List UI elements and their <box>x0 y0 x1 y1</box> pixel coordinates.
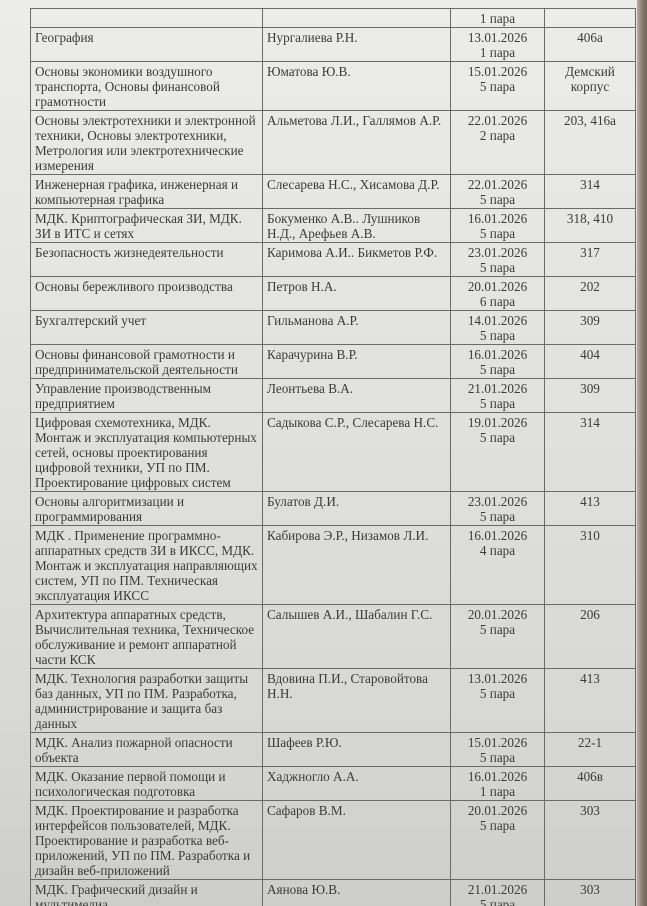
room-cell: Демский корпус <box>545 62 636 111</box>
teacher-cell: Вдовина П.И., Старовойтова Н.Н. <box>263 669 451 733</box>
subject-cell: География <box>31 28 263 62</box>
date-cell: 19.01.20265 пара <box>451 413 545 492</box>
subject-cell: Основы алгоритмизации и программирования <box>31 492 263 526</box>
exam-date: 13.01.2026 <box>455 671 540 686</box>
room-cell: 406в <box>545 767 636 801</box>
date-cell: 15.01.20265 пара <box>451 62 545 111</box>
exam-date: 16.01.2026 <box>455 769 540 784</box>
room-cell: 22-1 <box>545 733 636 767</box>
subject-cell: МДК. Криптографическая ЗИ, МДК. ЗИ в ИТС… <box>31 209 263 243</box>
table-row: Основы электротехники и электронной техн… <box>31 111 636 175</box>
teacher-cell: Аянова Ю.В. <box>263 880 451 906</box>
date-cell: 16.01.20265 пара <box>451 209 545 243</box>
paper-sheet: 1 пара ГеографияНургалиева Р.Н.13.01.202… <box>0 0 636 906</box>
table-row: МДК. Анализ пожарной опасности объектаШа… <box>31 733 636 767</box>
room-cell: 413 <box>545 492 636 526</box>
exam-date: 21.01.2026 <box>455 882 540 897</box>
pair-number: 5 пара <box>455 686 540 701</box>
room-cell: 404 <box>545 345 636 379</box>
subject-cell: Основы электротехники и электронной техн… <box>31 111 263 175</box>
teacher-cell: Кабирова Э.Р., Низамов Л.И. <box>263 526 451 605</box>
subject-cell: Основы финансовой грамотности и предприн… <box>31 345 263 379</box>
date-cell: 22.01.20265 пара <box>451 175 545 209</box>
room-cell <box>545 9 636 28</box>
exam-date: 13.01.2026 <box>455 30 540 45</box>
exam-date: 22.01.2026 <box>455 177 540 192</box>
exam-date: 20.01.2026 <box>455 279 540 294</box>
date-cell: 15.01.20265 пара <box>451 733 545 767</box>
exam-date: 14.01.2026 <box>455 313 540 328</box>
subject-cell: МДК. Анализ пожарной опасности объекта <box>31 733 263 767</box>
subject-cell: МДК . Применение программно-аппаратных с… <box>31 526 263 605</box>
room-cell: 202 <box>545 277 636 311</box>
pair-number: 1 пара <box>455 784 540 799</box>
teacher-cell: Альметова Л.И., Галлямов А.Р. <box>263 111 451 175</box>
table-row: Инженерная графика, инженерная и компьют… <box>31 175 636 209</box>
table-row: МДК. Проектирование и разработка интерфе… <box>31 801 636 880</box>
subject-cell: Инженерная графика, инженерная и компьют… <box>31 175 263 209</box>
table-row: ГеографияНургалиева Р.Н.13.01.20261 пара… <box>31 28 636 62</box>
pair-number: 5 пара <box>455 79 540 94</box>
pair-number: 5 пара <box>455 362 540 377</box>
exam-date: 16.01.2026 <box>455 347 540 362</box>
subject-cell: МДК. Проектирование и разработка интерфе… <box>31 801 263 880</box>
table-row: Цифровая схемотехника, МДК. Монтаж и экс… <box>31 413 636 492</box>
exam-date: 20.01.2026 <box>455 607 540 622</box>
date-cell: 1 пара <box>451 9 545 28</box>
exam-date: 16.01.2026 <box>455 211 540 226</box>
date-cell: 20.01.20265 пара <box>451 801 545 880</box>
pair-number: 4 пара <box>455 543 540 558</box>
pair-number: 2 пара <box>455 128 540 143</box>
table-row: Безопасность жизнедеятельностиКаримова А… <box>31 243 636 277</box>
exam-date: 15.01.2026 <box>455 64 540 79</box>
table-row-fragment: 1 пара <box>31 9 636 28</box>
subject-cell: Управление производственным предприятием <box>31 379 263 413</box>
subject-cell <box>31 9 263 28</box>
room-cell: 309 <box>545 379 636 413</box>
table-row: МДК. Криптографическая ЗИ, МДК. ЗИ в ИТС… <box>31 209 636 243</box>
teacher-cell: Юматова Ю.В. <box>263 62 451 111</box>
teacher-cell: Гильманова А.Р. <box>263 311 451 345</box>
room-cell: 206 <box>545 605 636 669</box>
teacher-cell: Сафаров В.М. <box>263 801 451 880</box>
date-cell: 16.01.20264 пара <box>451 526 545 605</box>
teacher-cell: Шафеев Р.Ю. <box>263 733 451 767</box>
subject-cell: Цифровая схемотехника, МДК. Монтаж и экс… <box>31 413 263 492</box>
date-cell: 20.01.20266 пара <box>451 277 545 311</box>
date-cell: 23.01.20265 пара <box>451 492 545 526</box>
date-cell: 21.01.20265 пара <box>451 880 545 906</box>
date-cell: 13.01.20265 пара <box>451 669 545 733</box>
subject-cell: Безопасность жизнедеятельности <box>31 243 263 277</box>
teacher-cell: Хаджногло А.А. <box>263 767 451 801</box>
table-row: Бухгалтерский учетГильманова А.Р.14.01.2… <box>31 311 636 345</box>
pair-number: 5 пара <box>455 750 540 765</box>
date-cell: 23.01.20265 пара <box>451 243 545 277</box>
pair-number: 5 пара <box>455 818 540 833</box>
pair-number: 5 пара <box>455 509 540 524</box>
pair-number: 6 пара <box>455 294 540 309</box>
teacher-cell: Булатов Д.И. <box>263 492 451 526</box>
pair-number: 5 пара <box>455 328 540 343</box>
subject-cell: Бухгалтерский учет <box>31 311 263 345</box>
date-cell: 16.01.20265 пара <box>451 345 545 379</box>
teacher-cell: Нургалиева Р.Н. <box>263 28 451 62</box>
room-cell: 317 <box>545 243 636 277</box>
date-cell: 21.01.20265 пара <box>451 379 545 413</box>
desk-background <box>637 0 647 906</box>
date-cell: 13.01.20261 пара <box>451 28 545 62</box>
teacher-cell: Салышев А.И., Шабалин Г.С. <box>263 605 451 669</box>
teacher-cell: Слесарева Н.С., Хисамова Д.Р. <box>263 175 451 209</box>
schedule-table: 1 пара ГеографияНургалиева Р.Н.13.01.202… <box>30 8 636 906</box>
date-cell: 22.01.20262 пара <box>451 111 545 175</box>
pair-number: 5 пара <box>455 226 540 241</box>
room-cell: 303 <box>545 801 636 880</box>
table-row: Основы экономики воздушного транспорта, … <box>31 62 636 111</box>
teacher-cell: Каримова А.И.. Бикметов Р.Ф. <box>263 243 451 277</box>
table-row: Архитектура аппаратных средств, Вычислит… <box>31 605 636 669</box>
date-cell: 20.01.20265 пара <box>451 605 545 669</box>
table-row: Основы финансовой грамотности и предприн… <box>31 345 636 379</box>
subject-cell: МДК. Оказание первой помощи и психологич… <box>31 767 263 801</box>
room-cell: 314 <box>545 413 636 492</box>
table-row: МДК. Технология разработки защиты баз да… <box>31 669 636 733</box>
pair-number: 5 пара <box>455 260 540 275</box>
exam-date: 19.01.2026 <box>455 415 540 430</box>
room-cell: 318, 410 <box>545 209 636 243</box>
pair-number: 5 пара <box>455 430 540 445</box>
room-cell: 406а <box>545 28 636 62</box>
teacher-cell: Бокуменко А.В.. Лушников Н.Д., Арефьев А… <box>263 209 451 243</box>
exam-date: 15.01.2026 <box>455 735 540 750</box>
exam-date: 21.01.2026 <box>455 381 540 396</box>
teacher-cell <box>263 9 451 28</box>
room-cell: 309 <box>545 311 636 345</box>
date-cell: 16.01.20261 пара <box>451 767 545 801</box>
exam-date: 23.01.2026 <box>455 245 540 260</box>
subject-cell: Архитектура аппаратных средств, Вычислит… <box>31 605 263 669</box>
subject-cell: МДК. Графический дизайн и мультимедиа <box>31 880 263 906</box>
room-cell: 314 <box>545 175 636 209</box>
table-row: МДК . Применение программно-аппаратных с… <box>31 526 636 605</box>
exam-date: 23.01.2026 <box>455 494 540 509</box>
teacher-cell: Леонтьева В.А. <box>263 379 451 413</box>
room-cell: 303 <box>545 880 636 906</box>
subject-cell: МДК. Технология разработки защиты баз да… <box>31 669 263 733</box>
room-cell: 203, 416а <box>545 111 636 175</box>
subject-cell: Основы экономики воздушного транспорта, … <box>31 62 263 111</box>
room-cell: 310 <box>545 526 636 605</box>
teacher-cell: Садыкова С.Р., Слесарева Н.С. <box>263 413 451 492</box>
table-row: Основы бережливого производстваПетров Н.… <box>31 277 636 311</box>
exam-date: 20.01.2026 <box>455 803 540 818</box>
teacher-cell: Петров Н.А. <box>263 277 451 311</box>
room-cell: 413 <box>545 669 636 733</box>
teacher-cell: Карачурина В.Р. <box>263 345 451 379</box>
subject-cell: Основы бережливого производства <box>31 277 263 311</box>
exam-date: 22.01.2026 <box>455 113 540 128</box>
pair-number: 1 пара <box>455 45 540 60</box>
pair-number: 1 пара <box>455 11 540 26</box>
exam-date: 16.01.2026 <box>455 528 540 543</box>
pair-number: 5 пара <box>455 396 540 411</box>
pair-number: 5 пара <box>455 192 540 207</box>
table-row: Основы алгоритмизации и программирования… <box>31 492 636 526</box>
date-cell: 14.01.20265 пара <box>451 311 545 345</box>
table-row: Управление производственным предприятием… <box>31 379 636 413</box>
table-row: МДК. Графический дизайн и мультимедиаАян… <box>31 880 636 906</box>
table-row: МДК. Оказание первой помощи и психологич… <box>31 767 636 801</box>
pair-number: 5 пара <box>455 897 540 906</box>
pair-number: 5 пара <box>455 622 540 637</box>
